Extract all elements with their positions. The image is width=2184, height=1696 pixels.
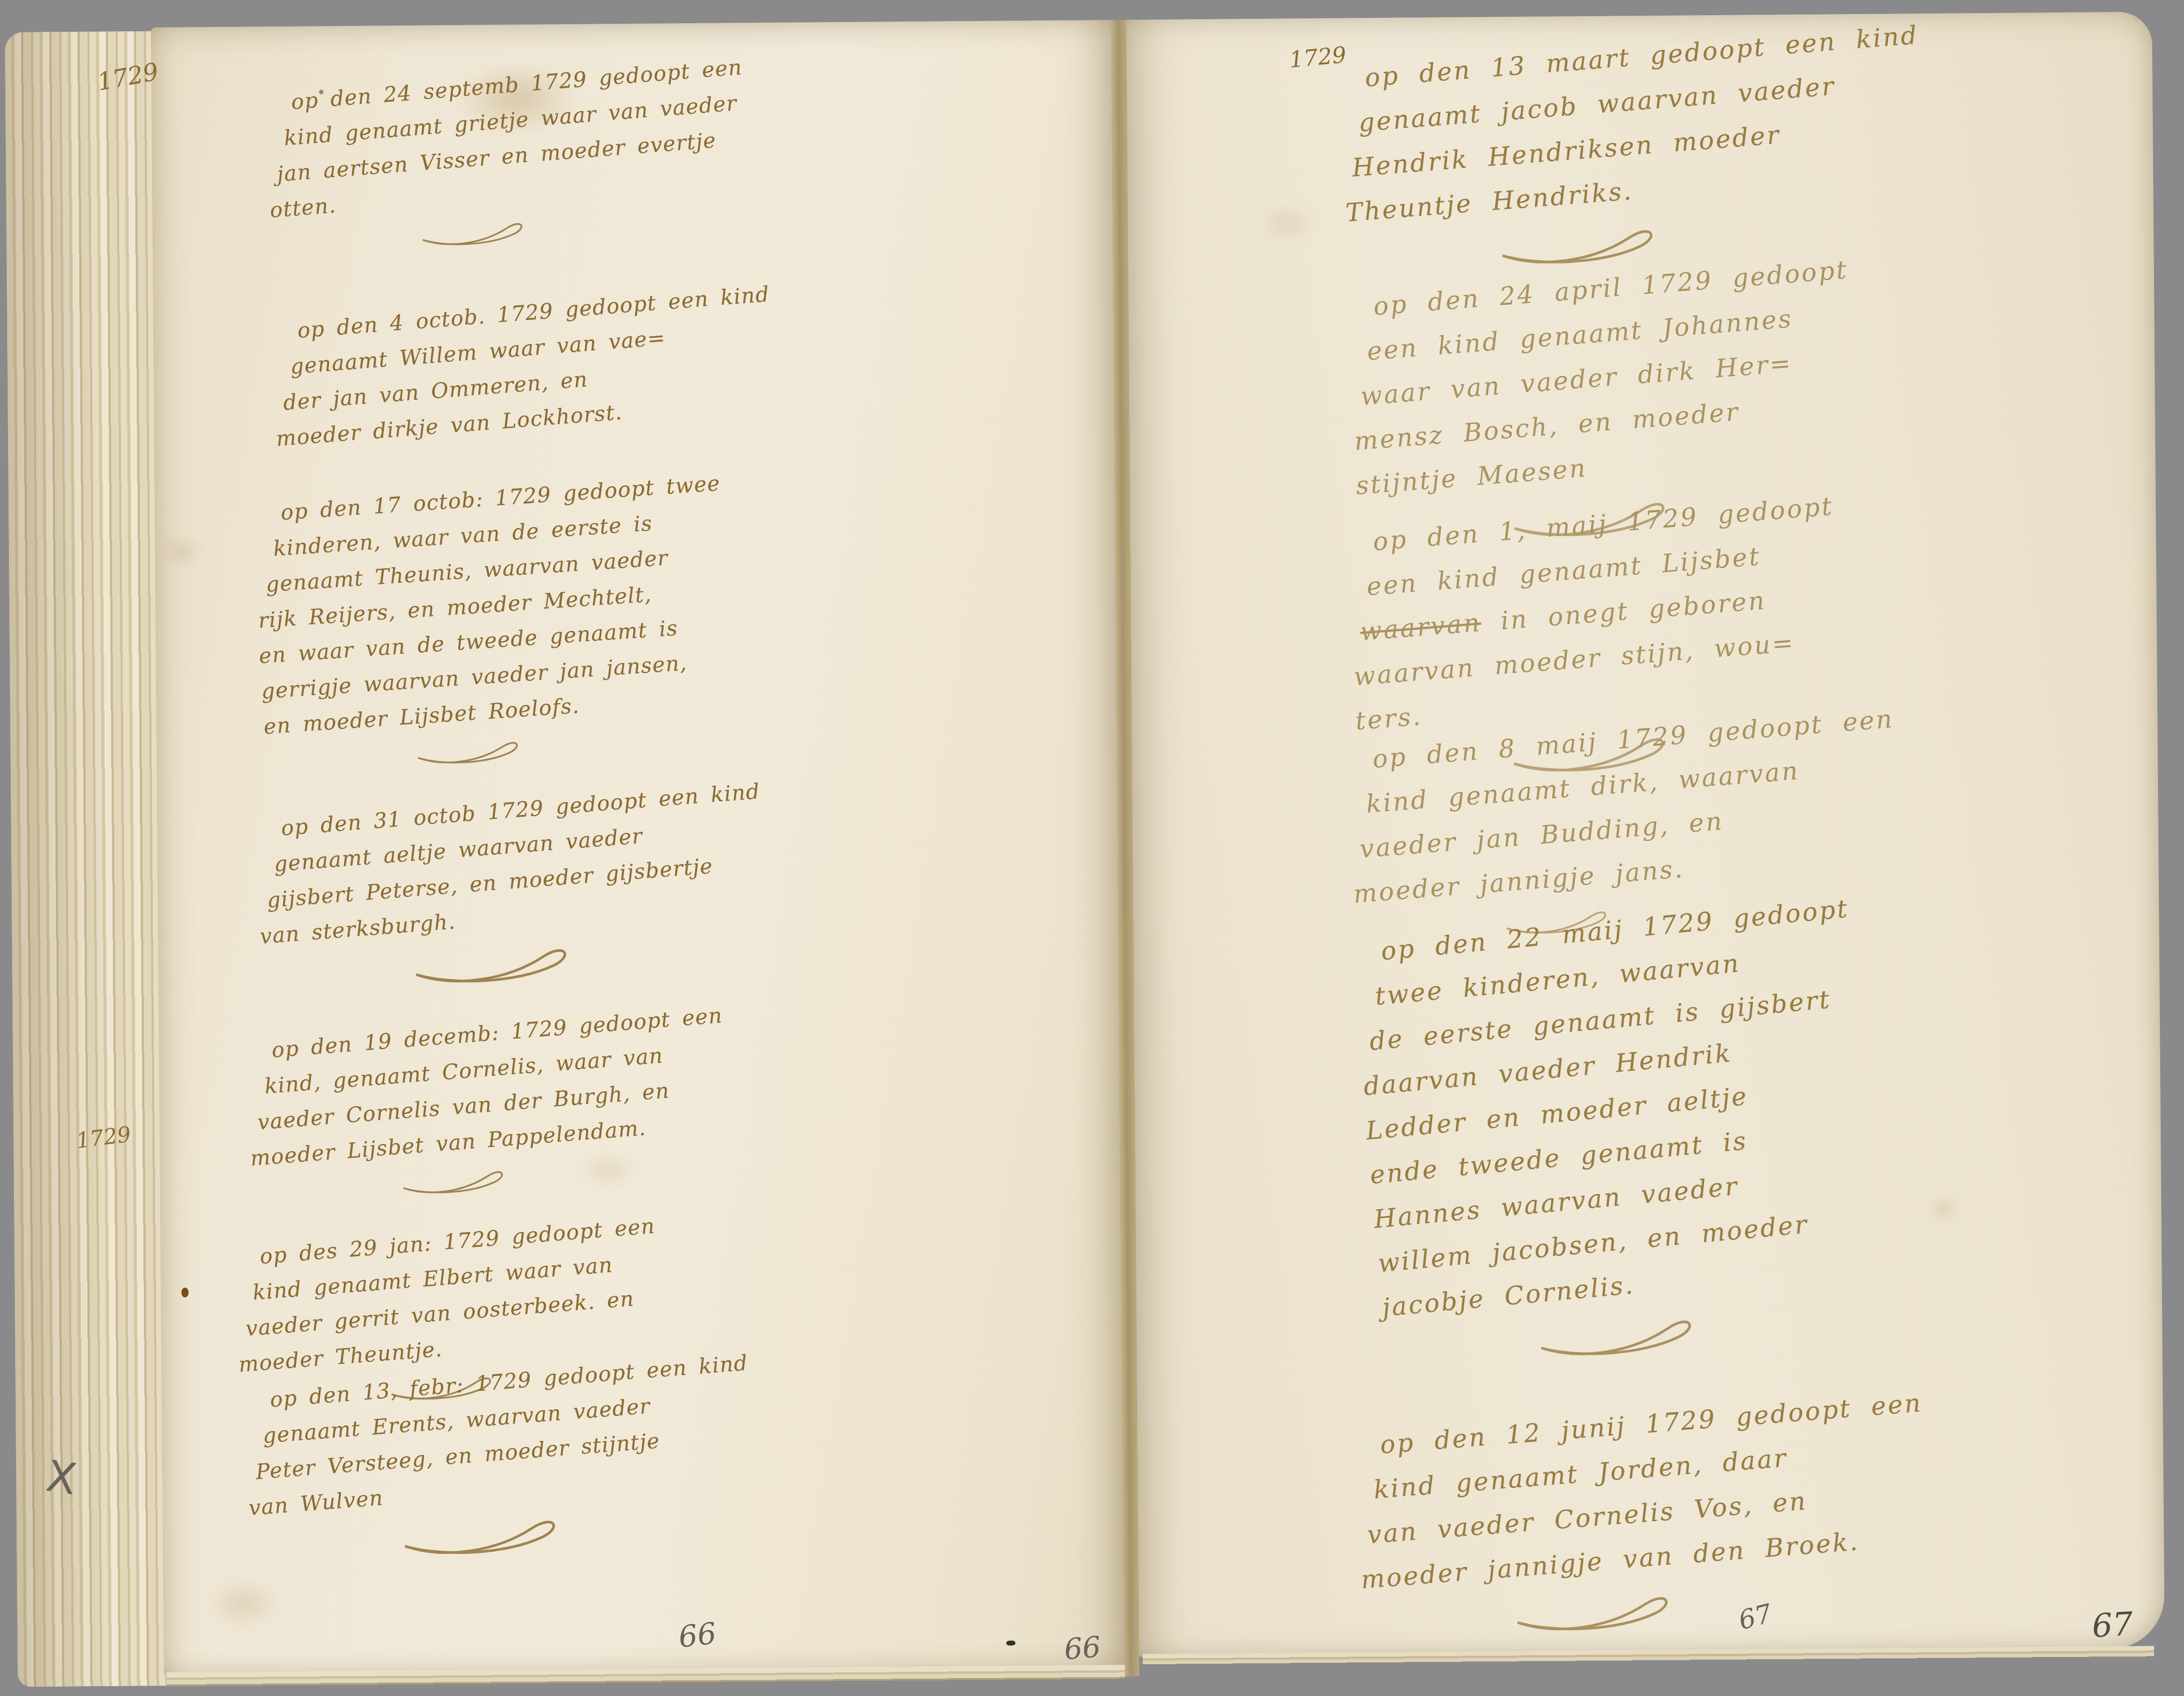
baptism-entry: op den 22 maij 1729 gedoopttwee kinderen…	[1348, 887, 1888, 1381]
baptism-entry: op den 24 septemb 1729 gedoopt eenkind g…	[259, 50, 755, 265]
photo-backdrop: 1729 1729 1729 X 66 66 67 67 op den 24 s…	[0, 0, 2184, 1696]
stain	[1257, 202, 1316, 245]
open-register-book: 1729 1729 1729 X 66 66 67 67 op den 24 s…	[5, 12, 2170, 1687]
book-leaf-edges	[5, 31, 167, 1687]
baptism-entry: op den 13 maart gedoopt een kindgenaamt …	[1332, 13, 1934, 287]
ink-spot	[182, 1288, 189, 1298]
page-number-66-center: 66	[677, 1616, 718, 1654]
dark-fleck	[1006, 1640, 1015, 1645]
page-number-66-inner: 66	[1063, 1631, 1102, 1666]
baptism-entry: op den 19 decemb: 1729 gedoopt eenkind, …	[239, 998, 735, 1212]
struck-word: waarvan	[1359, 608, 1482, 647]
baptism-entry: op den 31 octob 1729 gedoopt een kindgen…	[248, 774, 773, 1006]
page-number-67-outer: 67	[2091, 1605, 2134, 1644]
baptism-entry: op den 17 octob: 1729 gedoopt tweekinder…	[248, 466, 738, 781]
baptism-entry: op den 13, febr: 1729 gedoopt een kindge…	[237, 1346, 761, 1578]
baptism-entry: op den 12 junij 1729 gedoopt eenkind gen…	[1347, 1381, 1938, 1654]
stain	[1928, 1197, 1959, 1222]
